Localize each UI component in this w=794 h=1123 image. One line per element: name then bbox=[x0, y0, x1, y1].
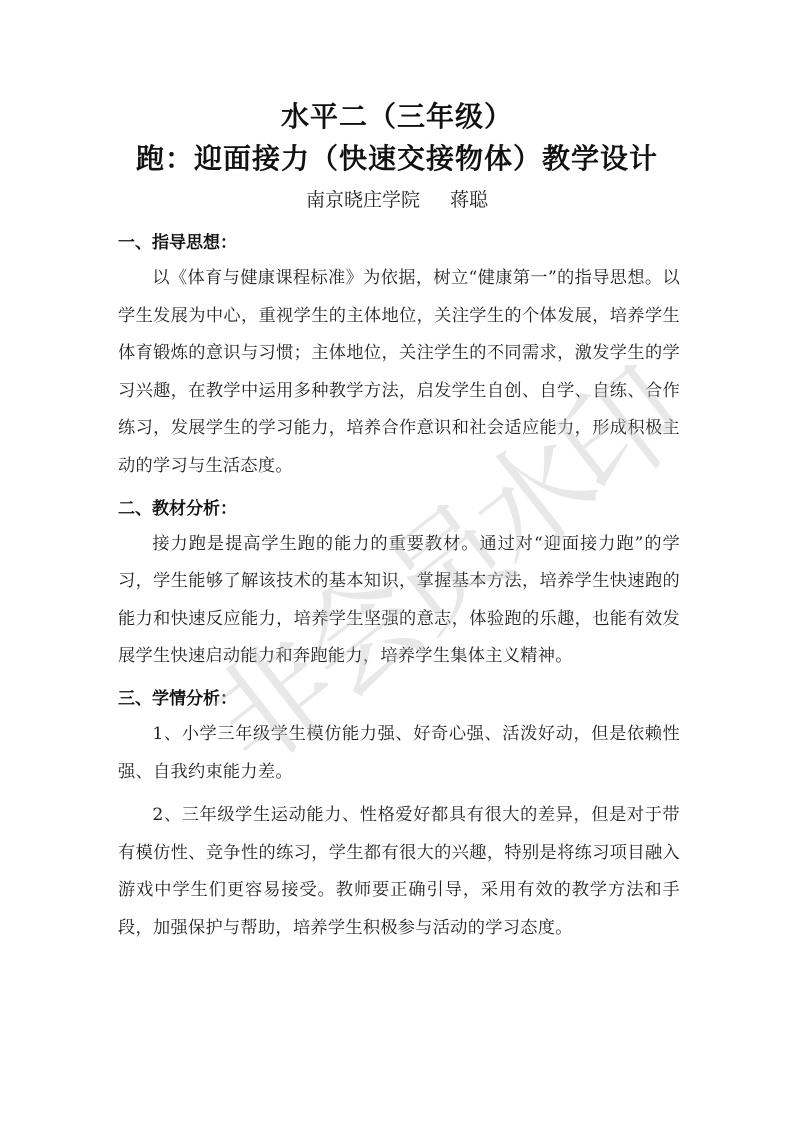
section-paragraph: 2、三年级学生运动能力、性格爱好都具有很大的差异，但是对于带有模仿性、竞争性的练… bbox=[118, 797, 680, 947]
section-paragraph: 1、小学三年级学生模仿能力强、好奇心强、活泼好动，但是依赖性强、自我约束能力差。 bbox=[118, 716, 680, 791]
section-paragraph: 接力跑是提高学生跑的能力的重要教材。通过对“迎面接力跑”的学习，学生能够了解该技… bbox=[118, 526, 680, 676]
author-name: 蒋聪 bbox=[450, 189, 488, 211]
section-paragraph: 以《体育与健康课程标准》为依据，树立“健康第一”的指导思想。以学生发展为中心，重… bbox=[118, 260, 680, 486]
document-page: 水平二（三年级） 跑：迎面接力（快速交接物体）教学设计 南京晓庄学院蒋聪 一、指… bbox=[0, 0, 794, 1123]
document-title-level: 水平二（三年级） bbox=[0, 97, 794, 137]
author-institution: 南京晓庄学院 bbox=[306, 189, 420, 211]
document-title-main: 跑：迎面接力（快速交接物体）教学设计 bbox=[0, 139, 794, 179]
section-heading: 一、指导思想： bbox=[118, 226, 680, 260]
section-heading: 二、教材分析： bbox=[118, 492, 680, 526]
section-heading: 三、学情分析： bbox=[118, 682, 680, 716]
author-line: 南京晓庄学院蒋聪 bbox=[0, 186, 794, 214]
document-body: 一、指导思想： 以《体育与健康课程标准》为依据，树立“健康第一”的指导思想。以学… bbox=[118, 226, 680, 948]
section-learner-analysis: 三、学情分析： 1、小学三年级学生模仿能力强、好奇心强、活泼好动，但是依赖性强、… bbox=[118, 682, 680, 948]
section-guiding-ideology: 一、指导思想： 以《体育与健康课程标准》为依据，树立“健康第一”的指导思想。以学… bbox=[118, 226, 680, 486]
section-material-analysis: 二、教材分析： 接力跑是提高学生跑的能力的重要教材。通过对“迎面接力跑”的学习，… bbox=[118, 492, 680, 676]
